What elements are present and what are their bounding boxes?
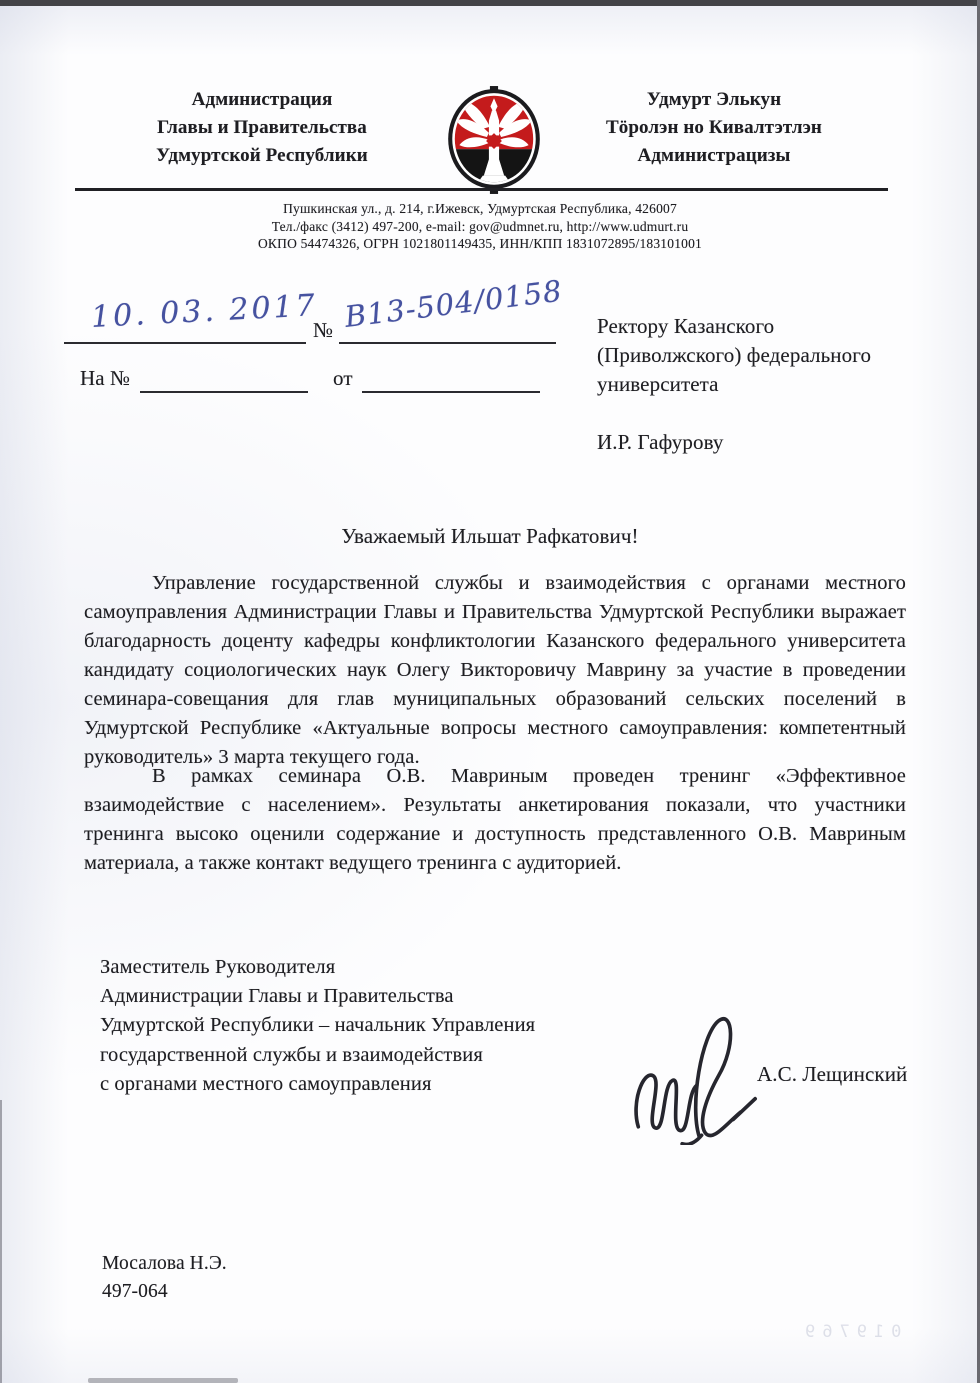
handwritten-date: 10. 03. 2017	[90, 288, 318, 335]
recipient-line: (Приволжского) федерального	[597, 341, 927, 370]
address-line: ОКПО 54474326, ОГРН 1021801149435, ИНН/К…	[160, 235, 800, 253]
signer-name: А.С. Лещинский	[757, 1062, 907, 1087]
salutation: Уважаемый Ильшат Рафкатович!	[60, 524, 920, 549]
org-name-ru-line3: Удмуртской Республики	[113, 142, 411, 170]
executor-name: Мосалова Н.Э.	[102, 1250, 227, 1278]
recipient-line: университета	[597, 370, 927, 399]
org-name-ru-line1: Администрация	[113, 86, 411, 114]
scan-top-edge	[0, 0, 980, 6]
scan-left-edge	[0, 1100, 2, 1383]
emblem-solar-sign	[486, 133, 502, 149]
reply-from-label: от	[333, 366, 353, 391]
number-label: №	[313, 318, 333, 343]
signer-position-line: государственной службы и взаимодействия	[100, 1041, 660, 1070]
scanned-letter-page: Администрация Главы и Правительства Удму…	[0, 0, 980, 1383]
org-name-ru-line2: Главы и Правительства	[113, 114, 411, 142]
body-paragraph-2: В рамках семинара О.В. Мавриным проведен…	[84, 762, 906, 878]
handwritten-outgoing-number: В13-504/0158	[343, 274, 564, 334]
org-name-russian: Администрация Главы и Правительства Удму…	[113, 86, 411, 170]
recipient-name: И.Р. Гафурову	[597, 428, 724, 457]
handwritten-signature-icon	[628, 1005, 763, 1145]
executor-phone: 497-064	[102, 1278, 227, 1306]
address-line: Пушкинская ул., д. 214, г.Ижевск, Удмурт…	[160, 200, 800, 218]
scan-bottom-smudge	[88, 1378, 238, 1383]
date-blank-line	[64, 342, 306, 344]
number-blank-line	[339, 342, 556, 344]
signer-position-line: с органами местного самоуправления	[100, 1070, 660, 1099]
header-divider-rule	[75, 188, 888, 191]
org-name-udmurt: Удмурт Элькун Тӧролэн но Кивалтэтлэн Адм…	[585, 86, 843, 170]
signer-position-block: Заместитель Руководителя Администрации Г…	[100, 953, 660, 1099]
bleed-through-number: 019769	[798, 1322, 901, 1342]
org-name-udm-line2: Тӧролэн но Кивалтэтлэн	[585, 114, 843, 142]
org-name-udm-line1: Удмурт Элькун	[585, 86, 843, 114]
org-name-udm-line3: Администрацизы	[585, 142, 843, 170]
recipient-line: Ректору Казанского	[597, 312, 927, 341]
reply-date-blank-line	[362, 391, 540, 393]
recipient-block: Ректору Казанского (Приволжского) федера…	[597, 312, 927, 399]
udmurt-coat-of-arms-icon	[443, 84, 545, 196]
executor-block: Мосалова Н.Э. 497-064	[102, 1250, 227, 1306]
org-address-block: Пушкинская ул., д. 214, г.Ижевск, Удмурт…	[160, 200, 800, 253]
signer-position-line: Заместитель Руководителя	[100, 953, 660, 982]
reply-number-blank-line	[140, 391, 308, 393]
reply-to-label: На №	[80, 366, 130, 391]
address-line: Тел./факс (3412) 497-200, e-mail: gov@ud…	[160, 218, 800, 236]
signer-position-line: Администрации Главы и Правительства	[100, 982, 660, 1011]
signer-position-line: Удмуртской Республики – начальник Управл…	[100, 1011, 660, 1040]
body-paragraph-1: Управление государственной службы и взаи…	[84, 569, 906, 772]
